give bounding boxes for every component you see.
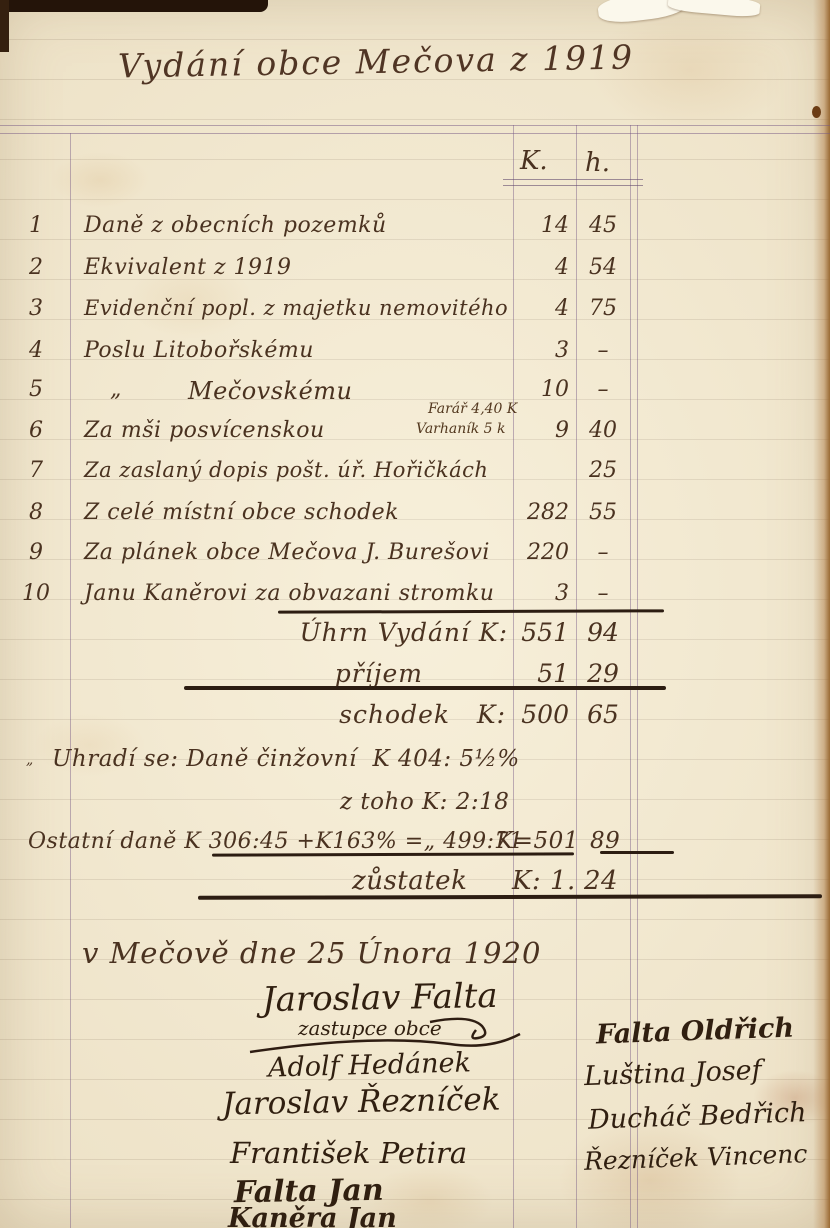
row-description: Za plánek obce Mečova J. Burešovi	[84, 540, 490, 565]
row-number: 1	[14, 213, 58, 238]
row-amount-h: –	[578, 377, 628, 402]
row-number: 6	[14, 418, 58, 443]
total-row-expenses: Úhrn Vydání K: 551 94	[0, 618, 830, 654]
page-edge-left-corner	[0, 0, 9, 52]
table-row: 6 Za mši posvícenskou 9 40	[0, 418, 830, 452]
row-amount-h: 25	[578, 458, 628, 483]
ditto-mark: „	[110, 377, 122, 402]
row-description: Z celé místní obce schodek	[84, 500, 399, 525]
sum-line	[212, 852, 574, 856]
header-rule	[0, 133, 830, 134]
row-number: 2	[14, 255, 58, 280]
total-label: Úhrn Vydání K:	[180, 618, 508, 647]
column-header-h: h.	[585, 148, 610, 178]
settlement-of-that: z toho K: 2:18	[340, 789, 509, 815]
paper-scrap	[667, 0, 760, 18]
sum-line	[198, 894, 822, 900]
signature-right: Řezníček Vincenc	[584, 1139, 808, 1176]
row-amount-k: 3	[511, 581, 569, 606]
settlement-rent-tax: Uhradí se: Daně činžovní K 404: 5½%	[52, 746, 520, 772]
signature-right: Ducháč Bedřich	[588, 1097, 807, 1136]
row-amount-k: 10	[511, 377, 569, 402]
row-amount-h: 45	[578, 213, 628, 238]
table-row: 4 Poslu Litobořskému 3 –	[0, 338, 830, 372]
sum-line	[600, 851, 674, 854]
total-label: schodek K:	[180, 700, 506, 729]
row-amount-h: 40	[578, 418, 628, 443]
signature-left: Kaněra Jan	[228, 1203, 397, 1228]
signature-left: František Petira	[230, 1136, 467, 1170]
row-amount-k: 4	[511, 296, 569, 321]
page-edge-top	[0, 0, 268, 12]
total-amount-k: 551	[511, 618, 569, 647]
row-amount-h: 54	[578, 255, 628, 280]
table-row: 9 Za plánek obce Mečova J. Burešovi 220 …	[0, 540, 830, 574]
row-description: Za zaslaný dopis pošt. úř. Hořičkách	[84, 458, 488, 482]
row-number: 3	[14, 296, 58, 321]
row-number: 7	[14, 458, 58, 483]
total-amount-k: 51	[511, 659, 569, 688]
row-number: 4	[14, 338, 58, 363]
row-amount-k: 14	[511, 213, 569, 238]
row-description: Za mši posvícenskou	[84, 418, 325, 443]
table-row: 2 Ekvivalent z 1919 4 54	[0, 255, 830, 289]
total-label: příjem	[180, 659, 423, 688]
row-number: 10	[14, 581, 58, 606]
colhead-underline	[503, 179, 643, 180]
dateline: v Mečově dne 25 Února 1920	[82, 936, 541, 970]
row-description: Poslu Litobořskému	[84, 338, 314, 363]
table-row: 8 Z celé místní obce schodek 282 55	[0, 500, 830, 534]
settlement-balance-k: K: 1.	[512, 866, 576, 896]
table-row: 7 Za zaslaný dopis pošt. úř. Hořičkách 2…	[0, 458, 830, 492]
row-amount-k: 9	[511, 418, 569, 443]
total-amount-h: 65	[578, 700, 628, 729]
ink-spot	[812, 106, 821, 118]
row-amount-k: 220	[511, 540, 569, 565]
row-amount-k: 3	[511, 338, 569, 363]
total-row-deficit: schodek K: 500 65	[0, 700, 830, 736]
settlement-balance-label: zůstatek	[352, 866, 467, 896]
table-row: 1 Daně z obecních pozemků 14 45	[0, 213, 830, 247]
table-row: 5 „ Mečovskému 10 –	[0, 377, 830, 411]
row-number: 8	[14, 500, 58, 525]
signature-left: Jaroslav Řezníček	[222, 1082, 501, 1123]
total-amount-h: 29	[578, 659, 628, 688]
row-number: 9	[14, 540, 58, 565]
row-description: Daně z obecních pozemků	[84, 213, 387, 238]
header-rule	[0, 125, 830, 126]
settlement-other-taxes-k: K=501	[496, 828, 579, 854]
row-description: Ekvivalent z 1919	[84, 255, 292, 280]
signature-right: Luština Josef	[584, 1055, 763, 1092]
row-description: Mečovskému	[188, 377, 353, 405]
settlement-balance-h: 24	[584, 866, 618, 896]
signature-right: Falta Oldřich	[596, 1013, 795, 1051]
row-description: Evidenční popl. z majetku nemovitého	[84, 296, 508, 320]
row-amount-k: 4	[511, 255, 569, 280]
sum-line	[184, 686, 666, 690]
signature-left: Adolf Hedánek	[268, 1047, 472, 1083]
ledger-page-scan: Vydání obce Mečova z 1919 K. h. 1 Daně z…	[0, 0, 830, 1228]
row-amount-h: –	[578, 581, 628, 606]
row-amount-h: 75	[578, 296, 628, 321]
row-amount-h: –	[578, 338, 628, 363]
row-amount-h: 55	[578, 500, 628, 525]
colhead-underline	[503, 185, 643, 186]
row-description: Janu Kaněrovi za obvazani stromku	[84, 581, 494, 606]
margin-mark: „	[26, 752, 34, 768]
row-6-annotation-organist: Varhaník 5 k	[416, 421, 506, 437]
page-title: Vydání obce Mečova z 1919	[118, 37, 635, 85]
settlement-other-taxes: Ostatní daně K 306:45 +K163% =„ 499:71	[28, 829, 524, 854]
column-header-k: K.	[520, 146, 548, 176]
total-amount-h: 94	[578, 618, 628, 647]
total-amount-k: 500	[511, 700, 569, 729]
row-amount-h: –	[578, 540, 628, 565]
table-row: 3 Evidenční popl. z majetku nemovitého 4…	[0, 296, 830, 330]
row-6-annotation-priest: Farář 4,40 K	[428, 401, 517, 417]
row-amount-k: 282	[511, 500, 569, 525]
row-number: 5	[14, 377, 58, 402]
